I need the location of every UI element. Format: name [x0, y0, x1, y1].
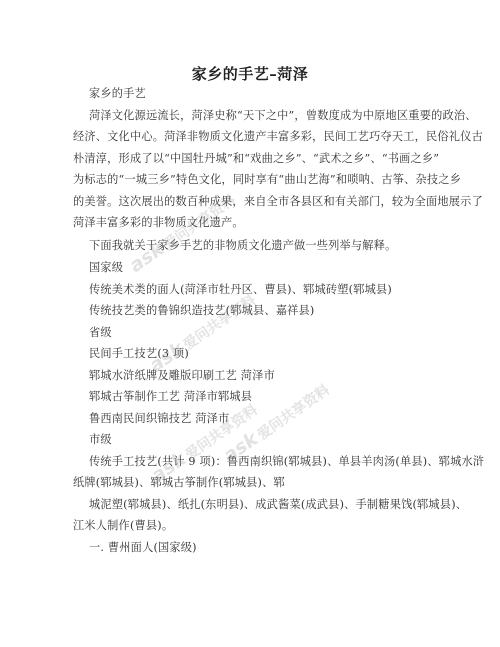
- paragraph-line: 下面我就关于家乡手艺的非物质文化遗产做一些列举与解释。: [89, 239, 396, 253]
- list-item: 民间手工技艺(3 项): [89, 347, 189, 361]
- paragraph-line: 经济、文化中心。菏泽非物质文化遗产丰富多彩，民间工艺巧夺天工，民俗礼仪古: [73, 130, 483, 144]
- paragraph-line: 为标志的“一城三乡”特色文化，同时享有“曲山艺海”和唢呐、古筝、杂技之乡: [73, 173, 461, 187]
- level-heading-national: 国家级: [89, 261, 123, 275]
- watermark-text: 爱问共享资料: [181, 292, 259, 353]
- list-item: 传统美术类的面人(菏泽市牡丹区、曹县)、郓城砖塑(郓城县): [89, 283, 392, 297]
- paragraph-line: 菏泽丰富多彩的非物质文化遗产。: [73, 216, 244, 230]
- paragraph-line: 的美誉。这次展出的数百种成果，来自全市各县区和有关部门，较为全面地展示了: [73, 195, 483, 209]
- list-item: 江米人制作(曹县)。: [73, 519, 173, 533]
- paragraph-line: 朴清淳，形成了以“中国牡丹城”和“戏曲之乡”、“武术之乡”、“书画之乡”: [73, 152, 439, 166]
- document-page: 家乡的手艺–菏泽 家乡的手艺 菏泽文化源远流长，菏泽史称“天下之中”，曾数度成为…: [0, 0, 500, 647]
- watermark: ask爱问共享资料: [145, 288, 259, 377]
- list-item: 城泥塑(郓城县)、纸扎(东明县)、成武酱菜(成武县)、手制糖果饯(郓城县)、: [89, 498, 467, 512]
- watermark-text: 爱问共享资料: [255, 382, 333, 443]
- list-item: 郓城古筝制作工艺 菏泽市郓城县: [89, 390, 252, 404]
- section-heading: 家乡的手艺: [89, 87, 146, 101]
- list-item: 传统技艺类的鲁锦织造技艺(郓城县、嘉祥县): [89, 304, 315, 318]
- list-item: 纸牌(郓城县)、郓城古筝制作(郓城县)、郓: [73, 476, 285, 490]
- list-item: 郓城水浒纸牌及雕版印刷工艺 菏泽市: [89, 369, 275, 383]
- list-item: 传统手工技艺(共计 9 项)：鲁西南织锦(郓城县)、单县羊肉汤(单县)、郓城水浒: [89, 455, 484, 469]
- document-title: 家乡的手艺–菏泽: [0, 63, 500, 84]
- list-item: 鲁西南民间织锦技艺 菏泽市: [89, 412, 229, 426]
- level-heading-city: 市级: [89, 433, 112, 447]
- level-heading-provincial: 省级: [89, 326, 112, 340]
- subsection-heading: 一. 曹州面人(国家级): [89, 541, 197, 555]
- paragraph-line: 菏泽文化源远流长，菏泽史称“天下之中”，曾数度成为中原地区重要的政治、: [89, 109, 477, 123]
